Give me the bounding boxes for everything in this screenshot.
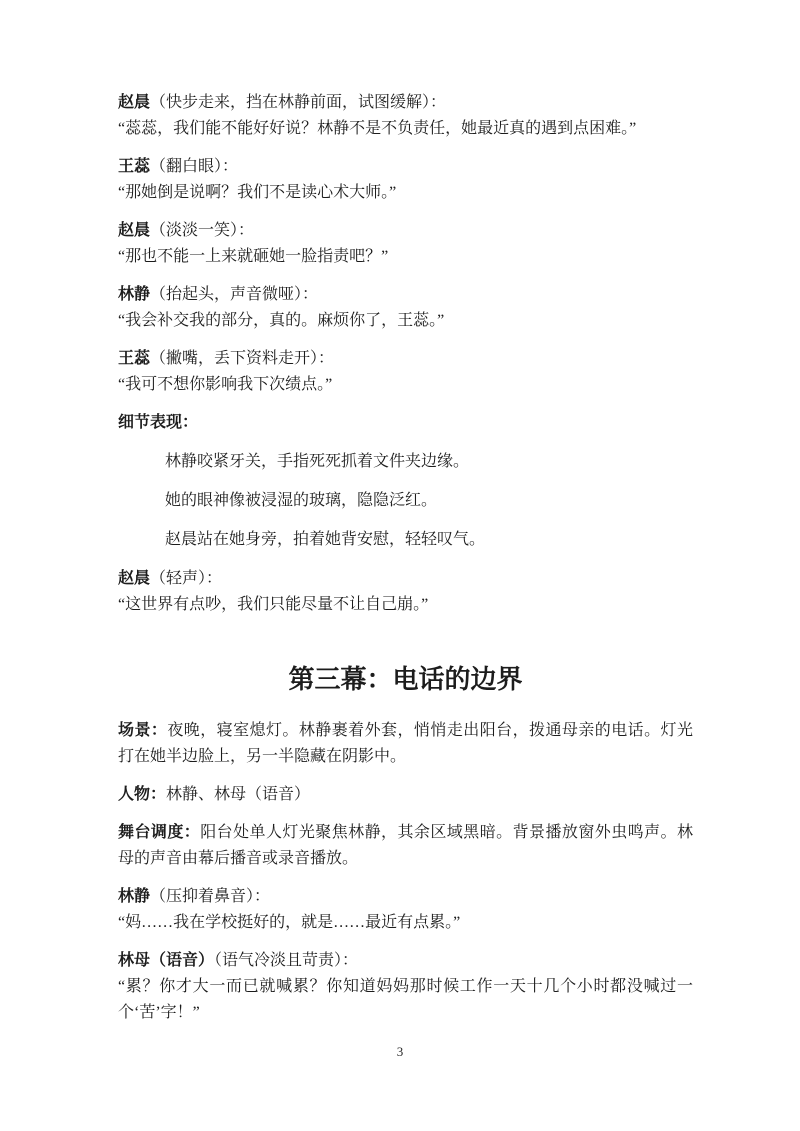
speaker-name: 林母（语音） (118, 952, 214, 969)
dialogue-line: “累？你才大一而已就喊累？你知道妈妈那时候工作一天十几个小时都没喊过一个‘苦’字… (118, 978, 693, 1021)
script-page: 赵晨（快步走来，挡在林静前面，试图缓解）： “蕊蕊，我们能不能好好说？林静不是不… (0, 0, 800, 1131)
stage-direction: （语气冷淡且苛责）： (214, 952, 358, 969)
narration-text: 林静咬紧牙关，手指死死抓着文件夹边缘。 (165, 453, 469, 470)
speaker-name: 赵晨 (118, 222, 150, 239)
narration-text: 她的眼神像被浸湿的玻璃，隐隐泛红。 (165, 492, 437, 509)
speaker-name: 王蕊 (118, 350, 150, 367)
stage-direction: （撇嘴，丢下资料走开）： (150, 350, 334, 367)
dialogue-line: “我可不想你影响我下次绩点。” (118, 376, 332, 393)
narration-line: 林静咬紧牙关，手指死死抓着文件夹边缘。 (118, 449, 693, 475)
dialogue-paragraph: 赵晨（淡淡一笑）： “那也不能一上来就砸她一脸指责吧？” (118, 218, 693, 270)
stage-direction: （翻白眼）： (150, 158, 238, 175)
dialogue-line: “那她倒是说啊？我们不是读心术大师。” (118, 184, 396, 201)
narration-line: 她的眼神像被浸湿的玻璃，隐隐泛红。 (118, 488, 693, 514)
speaker-name: 王蕊 (118, 158, 150, 175)
stage-direction: （轻声）： (150, 570, 222, 587)
speaker-name: 林静 (118, 286, 150, 303)
page-number: 3 (0, 1044, 800, 1060)
act-heading: 第三幕：电话的边界 (118, 664, 693, 696)
characters-text: 林静、林母（语音） (166, 786, 310, 803)
staging-text: 阳台处单人灯光聚焦林静，其余区域黑暗。背景播放窗外虫鸣声。林母的声音由幕后播音或… (118, 824, 693, 867)
speaker-name: 赵晨 (118, 570, 150, 587)
dialogue-paragraph: 王蕊（翻白眼）： “那她倒是说啊？我们不是读心术大师。” (118, 154, 693, 206)
dialogue-line: “我会补交我的部分，真的。麻烦你了，王蕊。” (118, 312, 444, 329)
narration-text: 赵晨站在她身旁，拍着她背安慰，轻轻叹气。 (165, 531, 485, 548)
characters-label: 人物： (118, 786, 166, 803)
dialogue-paragraph: 王蕊（撇嘴，丢下资料走开）： “我可不想你影响我下次绩点。” (118, 346, 693, 398)
staging-description: 舞台调度：阳台处单人灯光聚焦林静，其余区域黑暗。背景播放窗外虫鸣声。林母的声音由… (118, 820, 693, 872)
staging-label: 舞台调度： (118, 824, 200, 841)
stage-direction: （抬起头，声音微哑）： (150, 286, 318, 303)
dialogue-line: “这世界有点吵，我们只能尽量不让自己崩。” (118, 596, 428, 613)
dialogue-line: “那也不能一上来就砸她一脸指责吧？” (118, 248, 388, 265)
dialogue-paragraph: 林母（语音）（语气冷淡且苛责）： “累？你才大一而已就喊累？你知道妈妈那时候工作… (118, 948, 693, 1026)
dialogue-paragraph: 赵晨（轻声）： “这世界有点吵，我们只能尽量不让自己崩。” (118, 566, 693, 618)
stage-direction: （快步走来，挡在林静前面，试图缓解）： (150, 94, 446, 111)
scene-description: 场景：夜晚，寝室熄灯。林静裹着外套，悄悄走出阳台，拨通母亲的电话。灯光打在她半边… (118, 718, 693, 770)
section-label: 细节表现： (118, 410, 693, 436)
dialogue-line: “蕊蕊，我们能不能好好说？林静不是不负责任，她最近真的遇到点困难。” (118, 120, 636, 137)
stage-direction: （淡淡一笑）： (150, 222, 254, 239)
dialogue-paragraph: 赵晨（快步走来，挡在林静前面，试图缓解）： “蕊蕊，我们能不能好好说？林静不是不… (118, 90, 693, 142)
dialogue-line: “妈……我在学校挺好的，就是……最近有点累。” (118, 914, 460, 931)
narration-line: 赵晨站在她身旁，拍着她背安慰，轻轻叹气。 (118, 527, 693, 553)
scene-text: 夜晚，寝室熄灯。林静裹着外套，悄悄走出阳台，拨通母亲的电话。灯光打在她半边脸上，… (118, 722, 693, 765)
section-label-text: 细节表现： (118, 414, 198, 431)
scene-label: 场景： (118, 722, 167, 739)
speaker-name: 赵晨 (118, 94, 150, 111)
characters-line: 人物：林静、林母（语音） (118, 782, 693, 808)
dialogue-paragraph: 林静（抬起头，声音微哑）： “我会补交我的部分，真的。麻烦你了，王蕊。” (118, 282, 693, 334)
speaker-name: 林静 (118, 888, 150, 905)
stage-direction: （压抑着鼻音）： (150, 888, 270, 905)
dialogue-paragraph: 林静（压抑着鼻音）： “妈……我在学校挺好的，就是……最近有点累。” (118, 884, 693, 936)
